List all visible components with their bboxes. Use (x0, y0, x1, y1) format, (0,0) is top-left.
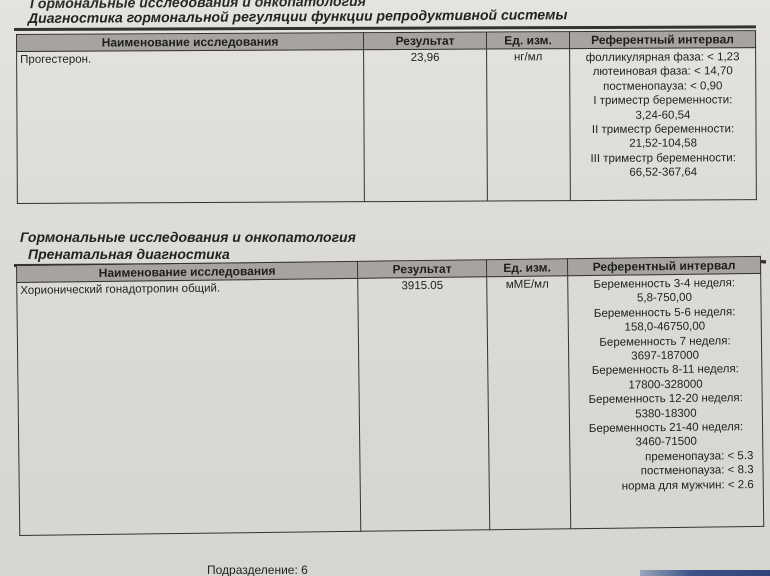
table-row: Прогестерон. 23,96 нг/мл фолликулярная ф… (17, 48, 757, 204)
progesterone-table: Наименование исследования Результат Ед. … (16, 30, 757, 204)
reference-line: I триместр беременности: (573, 93, 752, 108)
reference-line: фолликулярная фаза: < 1,23 (573, 50, 752, 65)
table-row: Хорионический гонадотропин общий. 3915.0… (17, 273, 764, 535)
reference-line: норма для мужчин: < 2.6 (574, 478, 760, 495)
reference-line: Беременность 12-20 неделя: (573, 391, 759, 408)
reference-lines: Беременность 3-4 неделя:5,8-750,00Береме… (571, 276, 760, 494)
reference-line: Беременность 3-4 неделя: (571, 276, 757, 293)
col-result: Результат (357, 260, 486, 279)
reference-line: III триместр беременности: (574, 151, 753, 166)
lab-report-page: Гормональные исследования и онкопатологи… (0, 0, 770, 576)
reference-line: Беременность 8-11 неделя: (572, 362, 758, 379)
reference-line: постменопауза: < 0,90 (573, 79, 752, 94)
test-result: 3915.05 (358, 277, 490, 532)
section2-category: Гормональные исследования и онкопатологи… (20, 229, 356, 245)
reference-line: Беременность 21-40 неделя: (573, 420, 759, 437)
reference-line: 3,24-60,54 (573, 108, 752, 123)
col-unit: Ед. изм. (486, 32, 569, 49)
col-reference: Референтный интервал (569, 31, 755, 49)
reference-interval: Беременность 3-4 неделя:5,8-750,00Береме… (568, 273, 764, 528)
reference-line: 21,52-104,58 (574, 137, 753, 152)
hcg-table: Наименование исследования Результат Ед. … (16, 256, 764, 536)
test-unit: мМЕ/мл (487, 276, 571, 530)
reference-line: Беременность 5-6 неделя: (572, 305, 758, 322)
col-result: Результат (363, 32, 486, 50)
test-name: Хорионический гонадотропин общий. (17, 278, 361, 535)
reference-line: лютеиновая фаза: < 14,70 (573, 65, 752, 80)
section1-title: Диагностика гормональной регуляции функц… (28, 6, 568, 26)
reference-line: Беременность 7 неделя: (572, 334, 758, 351)
col-unit: Ед. изм. (486, 259, 567, 277)
section2-title: Пренатальная диагностика (28, 246, 230, 262)
reference-line: 66,52-367,64 (574, 165, 753, 180)
test-name: Прогестерон. (17, 50, 365, 204)
decorative-strip (640, 570, 770, 576)
reference-lines: фолликулярная фаза: < 1,23лютеиновая фаз… (573, 50, 753, 181)
col-test-name: Наименование исследования (17, 33, 364, 52)
reference-line: II триместр беременности: (573, 122, 752, 137)
test-result: 23,96 (364, 49, 488, 202)
department-label: Подразделение: 6 (207, 563, 308, 576)
reference-interval: фолликулярная фаза: < 1,23лютеиновая фаз… (570, 48, 757, 201)
test-unit: нг/мл (487, 49, 571, 201)
